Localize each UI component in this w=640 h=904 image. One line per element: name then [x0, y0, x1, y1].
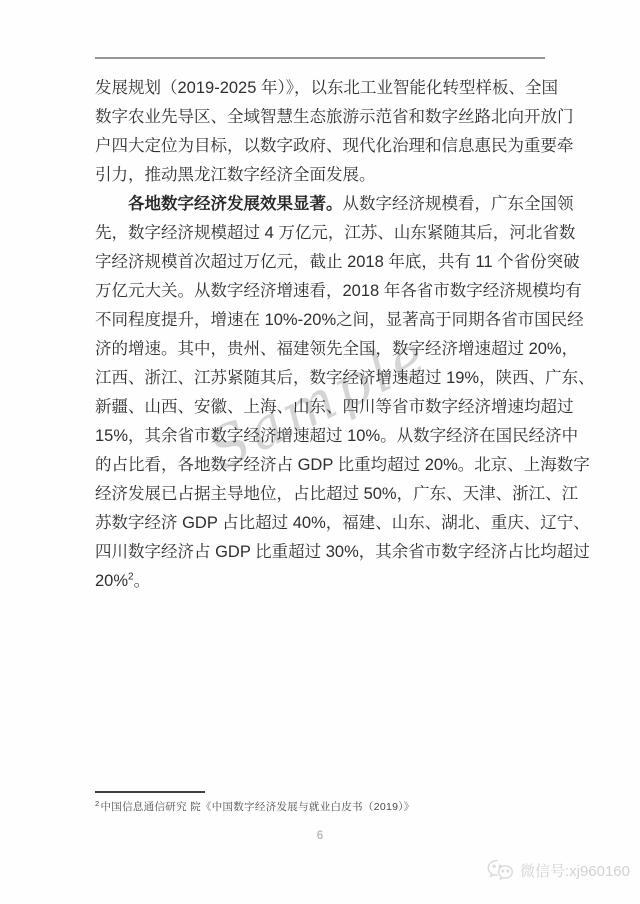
- text-line: 苏数字经济 GDP 占比超过 40%，福建、山东、湖北、重庆、辽宁、: [95, 509, 545, 538]
- paragraph-2-body: 先，数字经济规模超过 4 万亿元，江苏、山东紧随其后，河北省数 字经济规模首次超…: [95, 219, 545, 567]
- text-line: 各地数字经济发展效果显著。从数字经济规模看，广东全国领: [95, 190, 545, 219]
- text-line: 新疆、山西、安徽、上海、山东、四川等省市数字经济增速均超过: [95, 393, 545, 422]
- paragraph-1: 发展规划（2019-2025 年）》，以东北工业智能化转型样板、全国 数字农业先…: [95, 74, 545, 190]
- text-line: 引力，推动黑龙江数字经济全面发展。: [95, 161, 545, 190]
- wechat-id-text: 微信号:xj960160: [520, 860, 630, 881]
- text-line: 经济发展已占据主导地位，占比超过 50%，广东、天津、浙江、江: [95, 480, 545, 509]
- page-number: 6: [95, 830, 545, 842]
- text-line: 字经济规模首次超过万亿元，截止 2018 年底，共有 11 个省份突破: [95, 248, 545, 277]
- wechat-icon: [486, 858, 514, 882]
- footnote-marker: 2: [95, 799, 99, 808]
- footnote-separator: [95, 791, 205, 793]
- text-line: 20%2。: [95, 567, 545, 596]
- text-line: 发展规划（2019-2025 年）》，以东北工业智能化转型样板、全国: [95, 74, 545, 103]
- paragraph-lead-bold: 各地数字经济发展效果显著。: [128, 195, 343, 213]
- text-line: 先，数字经济规模超过 4 万亿元，江苏、山东紧随其后，河北省数: [95, 219, 545, 248]
- text-line: 户四大定位为目标，以数字政府、现代化治理和信息惠民为重要牵: [95, 132, 545, 161]
- last-line-period: 。: [134, 572, 151, 590]
- last-line-text: 20%: [95, 572, 128, 590]
- text-line: 不同程度提升，增速在 10%-20%之间，显著高于同期各省市国民经: [95, 306, 545, 335]
- text-line: 15%，其余省市数字经济增速超过 10%。从数字经济在国民经济中: [95, 422, 545, 451]
- body-text: 发展规划（2019-2025 年）》，以东北工业智能化转型样板、全国 数字农业先…: [95, 74, 545, 596]
- header-rule: [95, 57, 545, 59]
- text-line: 数字农业先导区、全域智慧生态旅游示范省和数字丝路北向开放门: [95, 103, 545, 132]
- text-line: 万亿元大关。从数字经济增速看，2018 年各省市数字经济规模均有: [95, 277, 545, 306]
- footnote: 2中国信息通信研究 院《中国数字经济发展与就业白皮书（2019）》: [95, 799, 545, 814]
- document-page: Sample 发展规划（2019-2025 年）》，以东北工业智能化转型样板、全…: [0, 0, 640, 904]
- text-line: 济的增速。其中，贵州、福建领先全国，数字经济增速超过 20%，: [95, 335, 545, 364]
- footnote-text: 中国信息通信研究 院《中国数字经济发展与就业白皮书（2019）》: [100, 801, 414, 813]
- text-line: 的占比看，各地数字经济占 GDP 比重均超过 20%。北京、上海数字: [95, 451, 545, 480]
- paragraph-lead-rest: 从数字经济规模看，广东全国领: [343, 195, 574, 213]
- text-line: 江西、浙江、江苏紧随其后，数字经济增速超过 19%，陕西、广东、: [95, 364, 545, 393]
- text-line: 四川数字经济占 GDP 比重超过 30%，其余省市数字经济占比均超过: [95, 538, 545, 567]
- wechat-stamp: 微信号:xj960160: [486, 858, 630, 882]
- paragraph-2: 各地数字经济发展效果显著。从数字经济规模看，广东全国领 先，数字经济规模超过 4…: [95, 190, 545, 596]
